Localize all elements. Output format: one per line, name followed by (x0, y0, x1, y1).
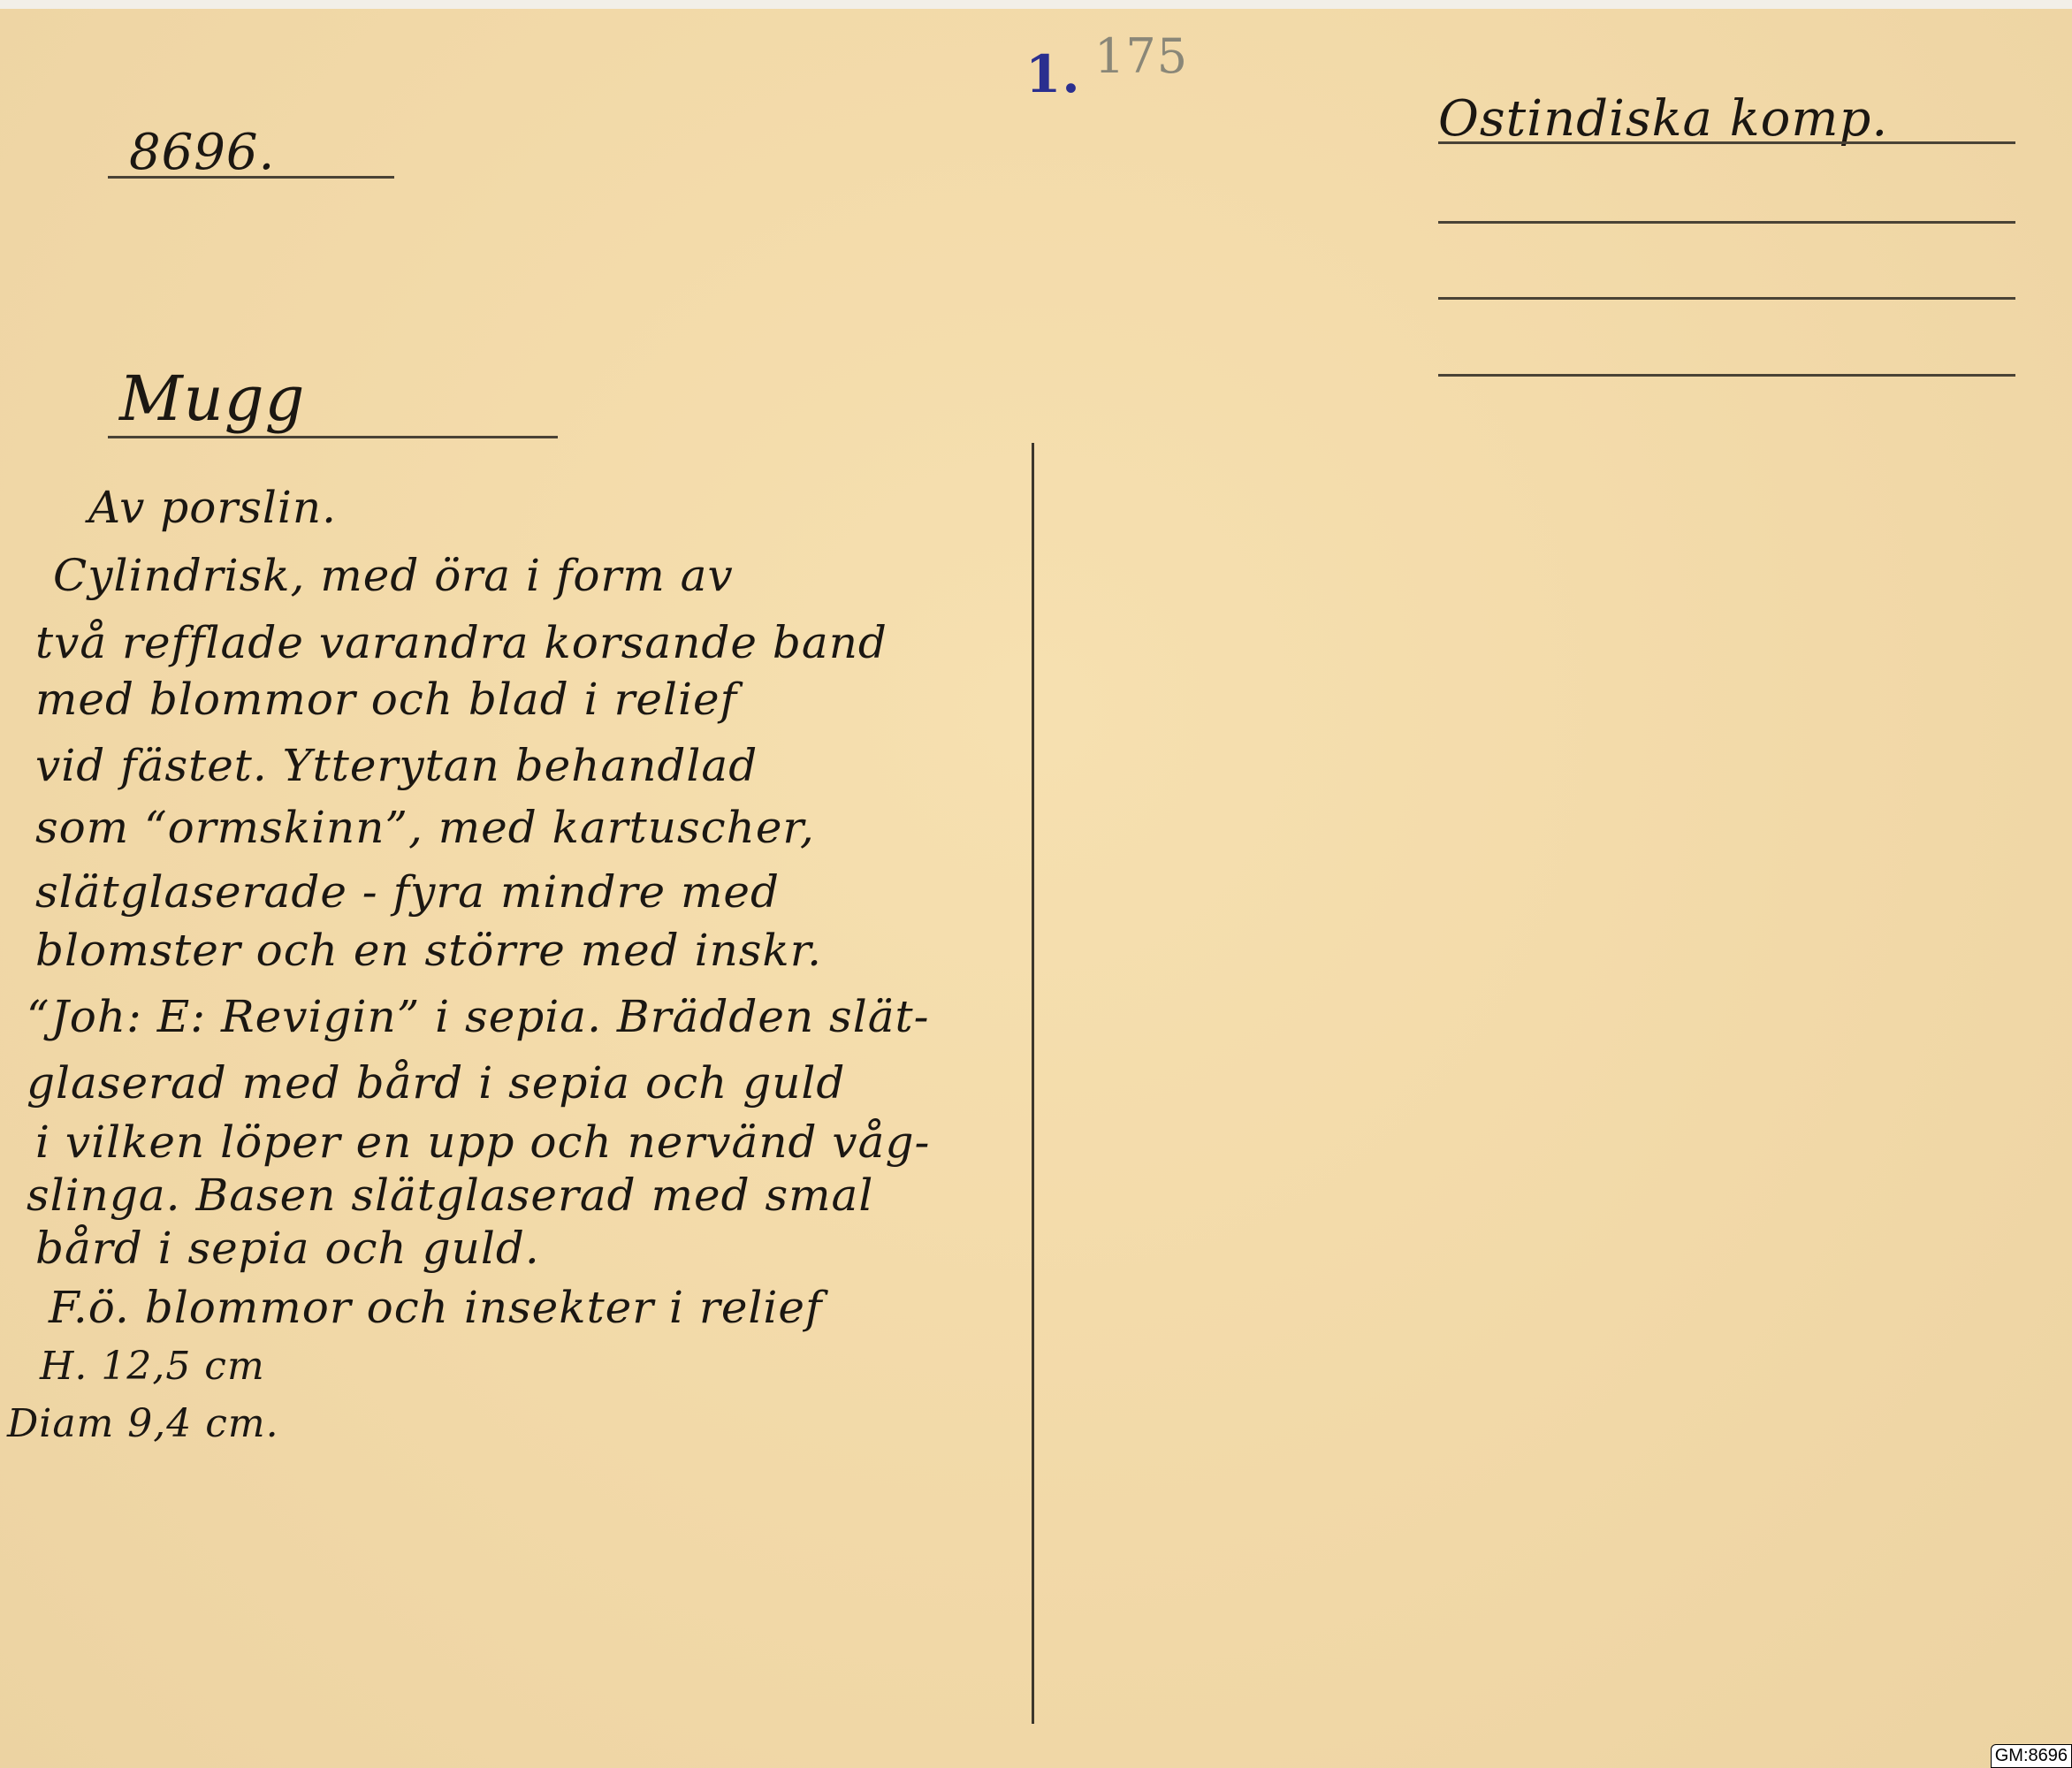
catalog-number-rule (108, 176, 394, 179)
description-line: slätglaserade - fyra mindre med (35, 866, 780, 918)
category-label: Ostindiska komp. (1438, 90, 1888, 148)
description-line: som “ormskinn”, med kartuscher, (35, 802, 815, 853)
description-line: bård i sepia och guld. (35, 1223, 540, 1274)
measurement-height: H. 12,5 cm (40, 1344, 265, 1389)
description-line: slinga. Basen slätglaserad med smal (27, 1170, 873, 1221)
description-line: “Joh: E: Revigin” i sepia. Brädden slät- (27, 991, 930, 1042)
description-line: i vilken löper en upp och nervänd våg- (35, 1116, 930, 1168)
description-line: med blommor och blad i relief (35, 674, 737, 725)
measurement-diameter: Diam 9,4 cm. (7, 1401, 279, 1446)
description-line: vid fästet. Ytterytan behandlad (35, 740, 758, 791)
column-divider (1032, 443, 1034, 1724)
archive-stamp: GM:8696 (1991, 1744, 2072, 1768)
catalog-card: 8696. 1. 175 Ostindiska komp. Mugg Av po… (0, 9, 2072, 1768)
category-rule-4 (1438, 374, 2015, 377)
object-title-rule (108, 436, 558, 438)
object-title: Mugg (119, 362, 305, 435)
description-line: Av porslin. (88, 482, 337, 533)
catalog-number: 8696. (129, 124, 275, 181)
description-line: blomster och en större med inskr. (35, 925, 822, 976)
description-line: två refflade varandra korsande band (35, 617, 887, 668)
marginal-pencil-number: 175 (1094, 28, 1188, 84)
description-line: Cylindrisk, med öra i form av (53, 550, 734, 601)
description-line: F.ö. blommor och insekter i relief (49, 1282, 823, 1333)
description-line: glaserad med bård i sepia och guld (27, 1057, 845, 1109)
marginal-blue-number: 1. (1025, 44, 1081, 104)
category-rule-2 (1438, 221, 2015, 224)
category-rule-3 (1438, 297, 2015, 300)
category-rule-1 (1438, 141, 2015, 144)
